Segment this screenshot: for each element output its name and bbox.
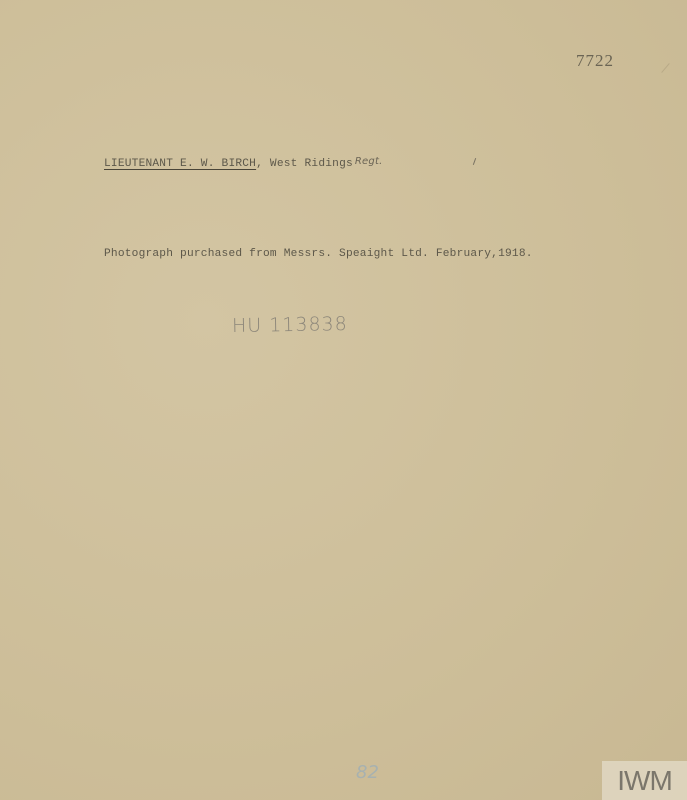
- pencil-stroke: [661, 63, 669, 73]
- bottom-annotation: 82: [356, 762, 379, 783]
- provenance-line: Photograph purchased from Messrs. Speaig…: [104, 248, 533, 260]
- caption-unit: , West Ridings: [256, 158, 353, 170]
- catalogue-number: HU 113838: [232, 313, 348, 337]
- reference-number: 7722: [576, 51, 614, 71]
- tick-mark: [473, 158, 476, 165]
- caption-line: LIEUTENANT E. W. BIRCH, West RidingsRegt…: [104, 158, 382, 170]
- caption-unit-handwritten: Regt.: [355, 156, 383, 167]
- watermark-text: IWM: [617, 765, 672, 797]
- caption-name: LIEUTENANT E. W. BIRCH: [104, 158, 256, 170]
- iwm-watermark: IWM: [602, 761, 687, 800]
